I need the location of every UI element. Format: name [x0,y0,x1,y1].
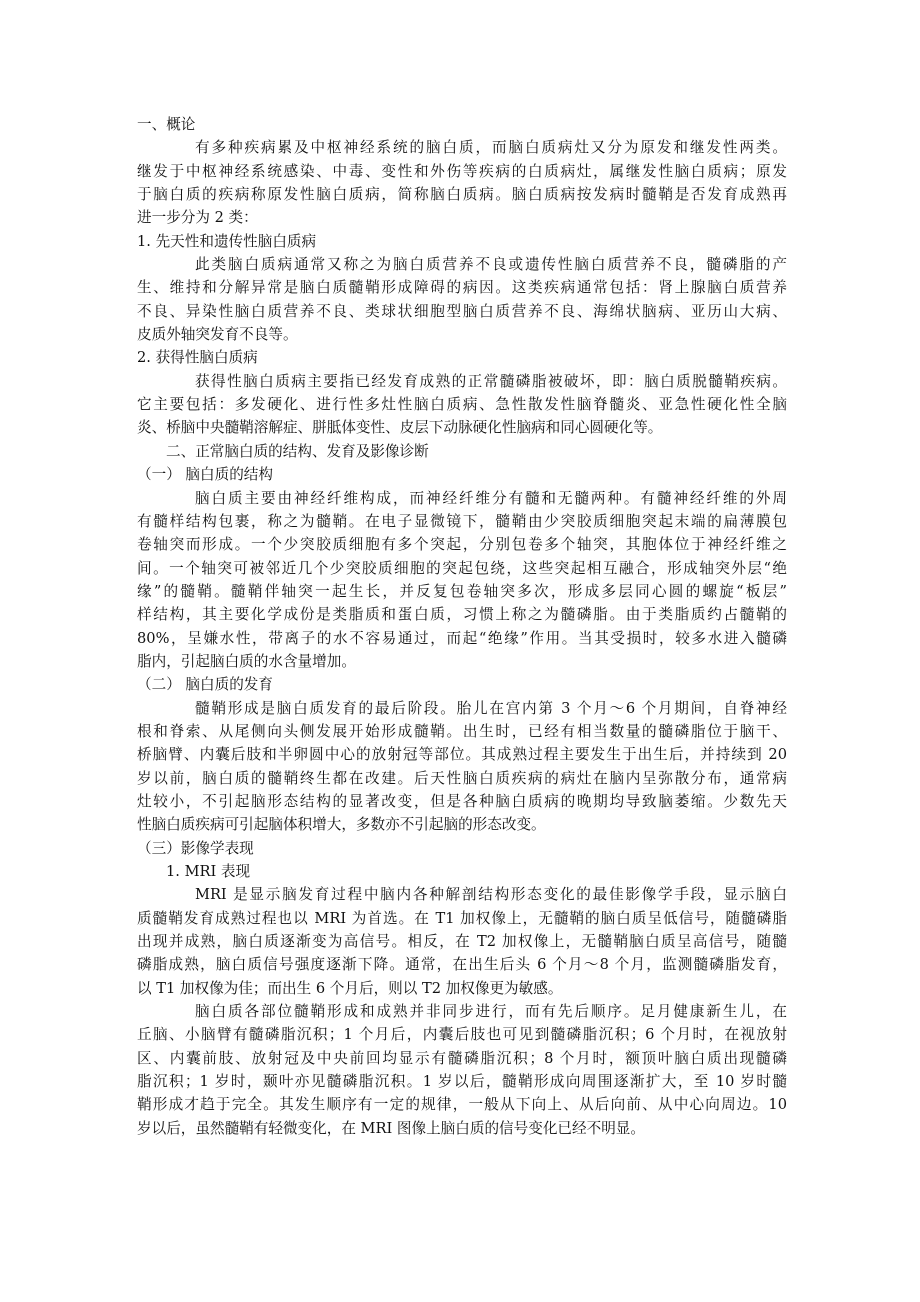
paragraph-line: 区、内囊前肢、放射冠及中央前回均显示有髓磷脂沉积；8 个月时，额顶叶脑白质出现髓… [137,1047,787,1070]
paragraph-line: 质髓鞘发育成熟过程也以 MRI 为首选。在 T1 加权像上，无髓鞘的脑白质呈低信… [137,907,787,930]
paragraph-line: 此类脑白质病通常又称之为脑白质营养不良或遗传性脑白质营养不良，髓磷脂的产 [137,253,787,276]
paragraph-line: 进一步分为 2 类： [137,206,787,229]
paragraph-line: 皮质外轴突发育不良等。 [137,323,787,346]
paragraph-line: 脂内，引起脑白质的水含量增加。 [137,650,787,673]
paragraph-line: 脑白质主要由神经纤维构成，而神经纤维分有髓和无髓两种。有髓神经纤维的外周 [137,487,787,510]
document-page: 一、概论有多种疾病累及中枢神经系统的脑白质，而脑白质病灶又分为原发和继发性两类。… [137,113,787,1140]
paragraph-line: 丘脑、小脑臂有髓磷脂沉积；1 个月后，内囊后肢也可见到髓磷脂沉积；6 个月时，在… [137,1023,787,1046]
section-heading: （二） 脑白质的发育 [137,673,787,696]
paragraph-line: 卷轴突而形成。一个少突胶质细胞有多个突起，分别包卷多个轴突，其胞体位于神经纤维之 [137,533,787,556]
paragraph-line: 磷脂成熟，脑白质信号强度逐渐下降。通常，在出生后头 6 个月～8 个月，监测髓磷… [137,953,787,976]
paragraph-line: 继发于中枢神经系统感染、中毒、变性和外伤等疾病的白质病灶，属继发性脑白质病；原发 [137,160,787,183]
paragraph-line: 于脑白质的疾病称原发性脑白质病，简称脑白质病。脑白质病按发病时髓鞘是否发育成熟再 [137,183,787,206]
paragraph-line: 根和脊索、从尾侧向头侧发展开始形成髓鞘。出生时，已经有相当数量的髓磷脂位于脑干、 [137,720,787,743]
section-heading: 2. 获得性脑白质病 [137,346,787,369]
section-heading: 二、正常脑白质的结构、发育及影像诊断 [137,440,787,463]
paragraph-line: 脂沉积；1 岁时，颞叶亦见髓磷脂沉积。1 岁以后，髓鞘形成向周围逐渐扩大，至 1… [137,1070,787,1093]
paragraph-line: 鞘形成才趋于完全。其发生顺序有一定的规律，一般从下向上、从后向前、从中心向周边。… [137,1093,787,1116]
paragraph-line: 岁以后，虽然髓鞘有轻微变化，在 MRI 图像上脑白质的信号变化已经不明显。 [137,1117,787,1140]
paragraph-line: 间。一个轴突可被邻近几个少突胶质细胞的突起包绕，这些突起相互融合，形成轴突外层“… [137,557,787,580]
paragraph-line: MRI 是显示脑发育过程中脑内各种解剖结构形态变化的最佳影像学手段，显示脑白 [137,883,787,906]
section-heading: 一、概论 [137,113,787,136]
paragraph-line: 缘”的髓鞘。髓鞘伴轴突一起生长，并反复包卷轴突多次，形成多层同心圆的螺旋“板层” [137,580,787,603]
paragraph-line: 80%，呈嫌水性，带离子的水不容易通过，而起“绝缘”作用。当其受损时，较多水进入… [137,627,787,650]
paragraph-line: 脑白质各部位髓鞘形成和成熟并非同步进行，而有先后顺序。足月健康新生儿，在 [137,1000,787,1023]
section-heading: 1. 先天性和遗传性脑白质病 [137,230,787,253]
paragraph-line: 髓鞘形成是脑白质发育的最后阶段。胎儿在宫内第 3 个月～6 个月期间，自脊神经 [137,697,787,720]
paragraph-line: 出现并成熟，脑白质逐渐变为高信号。相反，在 T2 加权像上，无髓鞘脑白质呈高信号… [137,930,787,953]
paragraph-line: 炎、桥脑中央髓鞘溶解症、胼胝体变性、皮层下动脉硬化性脑病和同心圆硬化等。 [137,416,787,439]
section-heading: 1. MRI 表现 [137,860,787,883]
paragraph-line: 以 T1 加权像为佳；而出生 6 个月后，则以 T2 加权像更为敏感。 [137,977,787,1000]
paragraph-line: 样结构，其主要化学成份是类脂质和蛋白质，习惯上称之为髓磷脂。由于类脂质约占髓鞘的 [137,603,787,626]
paragraph-line: 性脑白质疾病可引起脑体积增大，多数亦不引起脑的形态改变。 [137,813,787,836]
paragraph-line: 有多种疾病累及中枢神经系统的脑白质，而脑白质病灶又分为原发和继发性两类。 [137,136,787,159]
paragraph-line: 生、维持和分解异常是脑白质髓鞘形成障碍的病因。这类疾病通常包括：肾上腺脑白质营养 [137,276,787,299]
paragraph-line: 有髓样结构包裹，称之为髓鞘。在电子显微镜下，髓鞘由少突胶质细胞突起末端的扁薄膜包 [137,510,787,533]
paragraph-line: 岁以前，脑白质的髓鞘终生都在改建。后天性脑白质疾病的病灶在脑内呈弥散分布，通常病 [137,767,787,790]
paragraph-line: 它主要包括：多发硬化、进行性多灶性脑白质病、急性散发性脑脊髓炎、亚急性硬化性全脑 [137,393,787,416]
paragraph-line: 灶较小，不引起脑形态结构的显著改变，但是各种脑白质病的晚期均导致脑萎缩。少数先天 [137,790,787,813]
section-heading: （三）影像学表现 [137,837,787,860]
paragraph-line: 桥脑臂、内囊后肢和半卵圆中心的放射冠等部位。其成熟过程主要发生于出生后，并持续到… [137,743,787,766]
paragraph-line: 获得性脑白质病主要指已经发育成熟的正常髓磷脂被破坏，即：脑白质脱髓鞘疾病。 [137,370,787,393]
section-heading: （一） 脑白质的结构 [137,463,787,486]
paragraph-line: 不良、异染性脑白质营养不良、类球状细胞型脑白质营养不良、海绵状脑病、亚历山大病、 [137,300,787,323]
